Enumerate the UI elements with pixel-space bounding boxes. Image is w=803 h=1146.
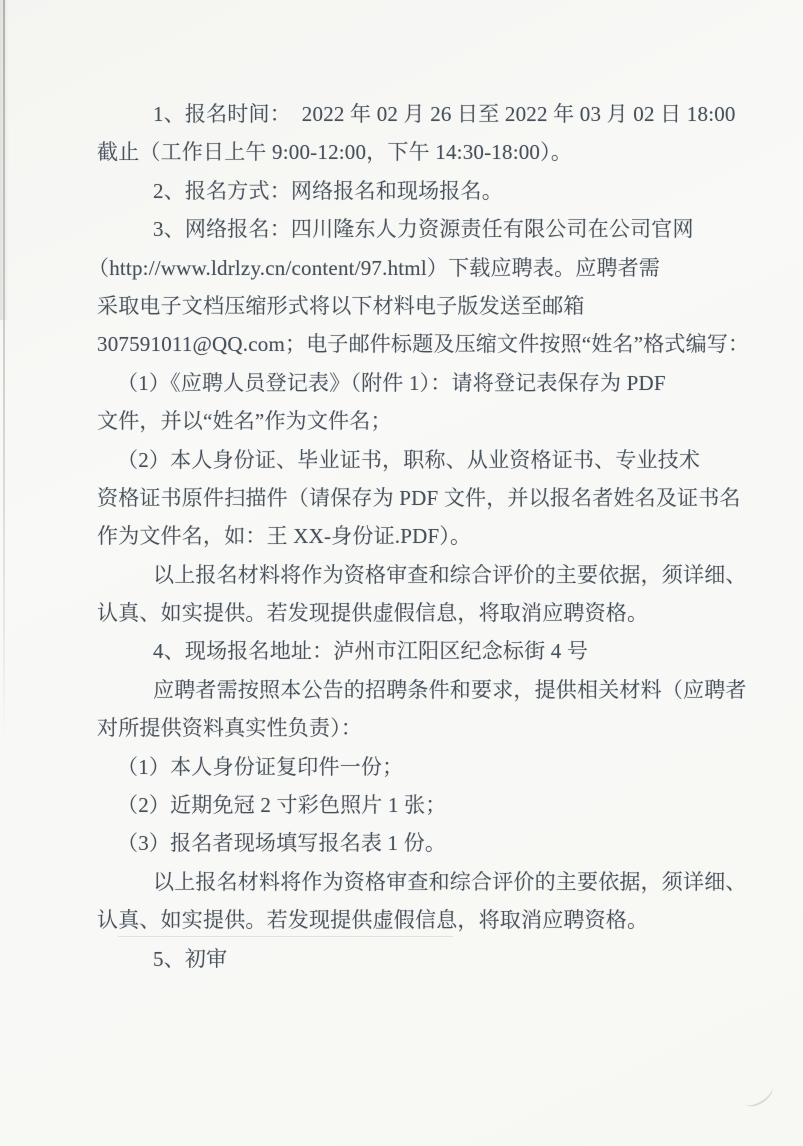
text-line-compressed-materials: 采取电子文档压缩形式将以下材料电子版发送至邮箱 — [97, 287, 757, 325]
text-line-item2-example: 作为文件名，如：王 XX-身份证.PDF）。 — [97, 517, 757, 555]
text-line-responsibility: 对所提供资料真实性负责）： — [97, 709, 757, 747]
text-line-registration-method: 2、报名方式：网络报名和现场报名。 — [97, 172, 757, 210]
scan-edge-shadow — [0, 0, 9, 320]
text-line-onsite-item1-idcopy: （1）本人身份证复印件一份； — [97, 748, 757, 786]
text-line-onsite-item3-form: （3）报名者现场填写报名表 1 份。 — [97, 824, 757, 862]
text-line-onsite-address: 4、现场报名地址：泸州市江阳区纪念标街 4 号 — [97, 632, 757, 670]
scan-smudge-artifact — [740, 1079, 777, 1111]
text-line-materials-truthful-1: 认真、如实提供。若发现提供虚假信息，将取消应聘资格。 — [97, 594, 757, 632]
scanned-page: 1、报名时间： 2022 年 02 月 26 日至 2022 年 03 月 02… — [0, 0, 803, 1146]
document-text-block: 1、报名时间： 2022 年 02 月 26 日至 2022 年 03 月 02… — [97, 95, 757, 978]
scanned-document: { "page": { "kind": "scanned recruitment… — [0, 0, 803, 1146]
text-line-item2-scans: 资格证书原件扫描件（请保存为 PDF 文件，并以报名者姓名及证书名 — [97, 479, 757, 517]
text-line-website-url: （http://www.ldrlzy.cn/content/97.html）下载… — [88, 249, 757, 287]
text-line-registration-time: 1、报名时间： 2022 年 02 月 26 日至 2022 年 03 月 02… — [97, 95, 757, 133]
text-line-preliminary-review: 5、初审 — [97, 940, 757, 978]
scan-edge-hairline — [3, 0, 5, 745]
text-line-materials-truthful-2: 认真、如实提供。若发现提供虚假信息，将取消应聘资格。 — [97, 901, 757, 939]
text-line-materials-basis-1: 以上报名材料将作为资格审查和综合评价的主要依据，须详细、 — [97, 556, 757, 594]
text-line-email-address: 307591011@QQ.com；电子邮件标题及压缩文件按照“姓名”格式编写： — [97, 325, 757, 363]
text-line-deadline-hours: 截止（工作日上午 9:00-12:00，下午 14:30-18:00）。 — [97, 133, 757, 171]
text-line-onsite-item2-photo: （2）近期免冠 2 寸彩色照片 1 张； — [97, 786, 757, 824]
text-line-online-registration: 3、网络报名：四川隆东人力资源责任有限公司在公司官网 — [97, 210, 757, 248]
text-line-applicant-requirements: 应聘者需按照本公告的招聘条件和要求，提供相关材料（应聘者 — [97, 671, 757, 709]
text-line-item2-certificates: （2）本人身份证、毕业证书，职称、从业资格证书、专业技术 — [97, 441, 757, 479]
text-line-item1-filename: 文件，并以“姓名”作为文件名； — [97, 402, 757, 440]
text-line-materials-basis-2: 以上报名材料将作为资格审查和综合评价的主要依据，须详细、 — [97, 863, 757, 901]
text-line-item1-registration-form: （1）《应聘人员登记表》（附件 1）：请将登记表保存为 PDF — [97, 364, 757, 402]
